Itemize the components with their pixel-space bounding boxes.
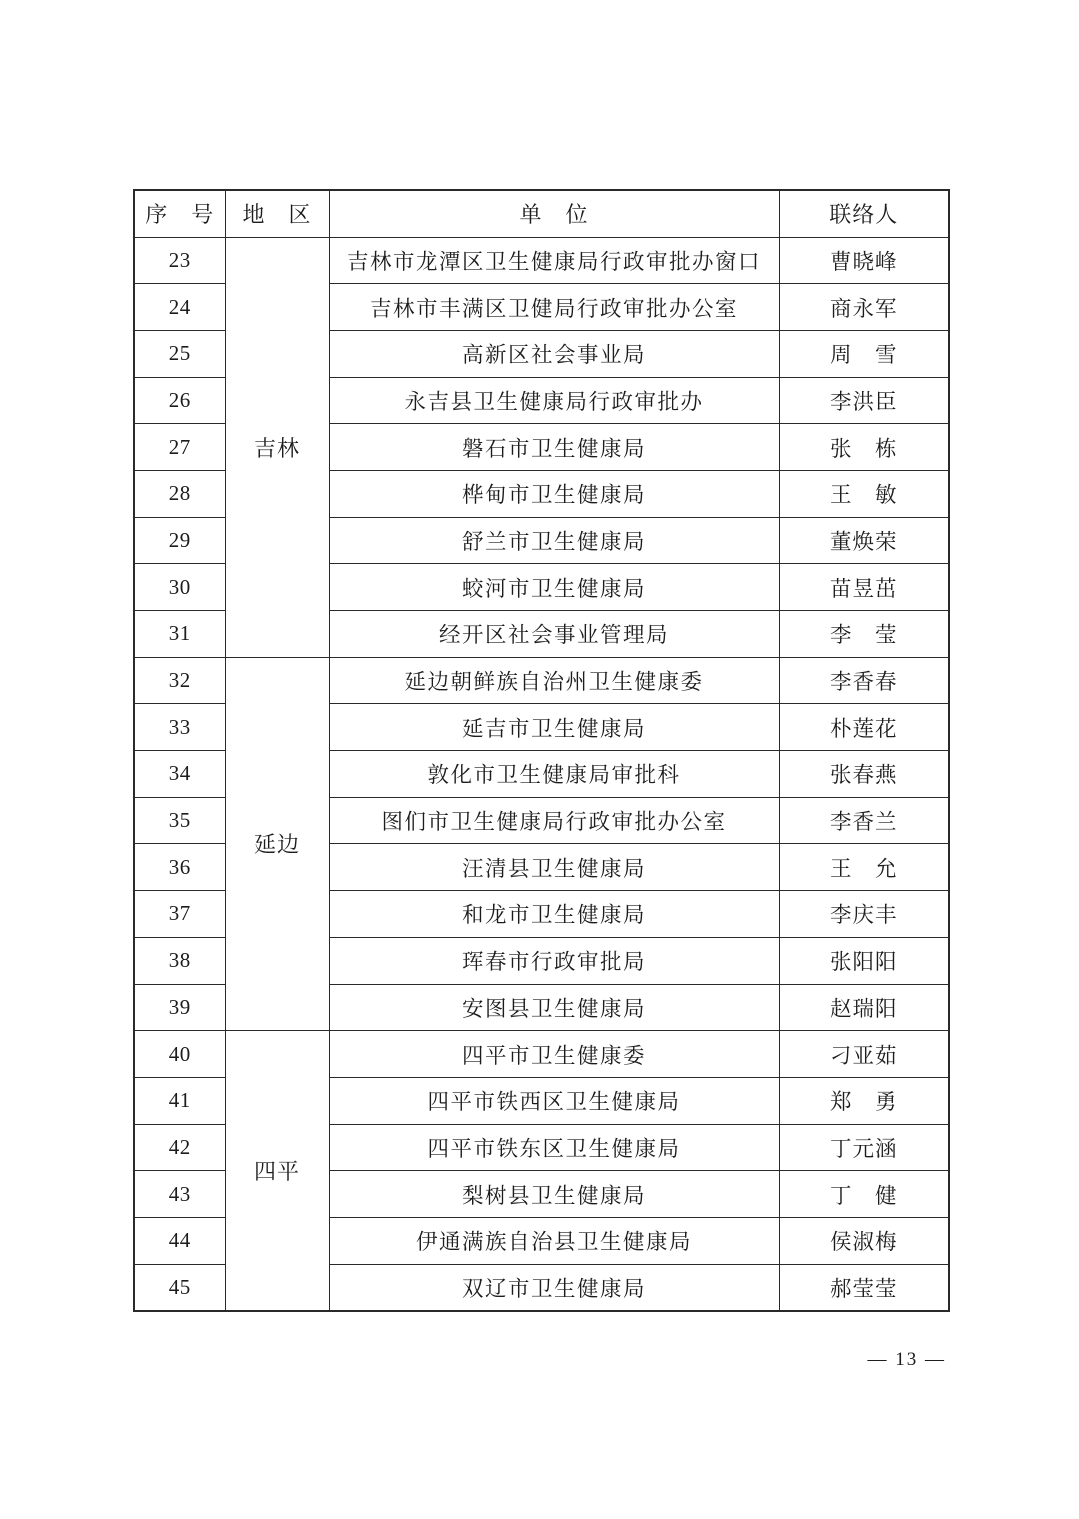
unit-cell: 桦甸市卫生健康局 [329, 470, 779, 517]
unit-cell: 经开区社会事业管理局 [329, 611, 779, 658]
contact-cell: 张春燕 [779, 751, 949, 798]
serial-cell: 30 [134, 564, 225, 611]
unit-cell: 和龙市卫生健康局 [329, 891, 779, 938]
unit-cell: 四平市卫生健康委 [329, 1031, 779, 1078]
contact-cell: 李洪臣 [779, 377, 949, 424]
unit-cell: 磐石市卫生健康局 [329, 424, 779, 471]
contact-cell: 丁 健 [779, 1171, 949, 1218]
unit-cell: 珲春市行政审批局 [329, 937, 779, 984]
serial-cell: 28 [134, 470, 225, 517]
unit-cell: 吉林市龙潭区卫生健康局行政审批办窗口 [329, 237, 779, 284]
contact-cell: 李 莹 [779, 611, 949, 658]
serial-cell: 34 [134, 751, 225, 798]
unit-cell: 延吉市卫生健康局 [329, 704, 779, 751]
serial-cell: 36 [134, 844, 225, 891]
unit-cell: 双辽市卫生健康局 [329, 1264, 779, 1311]
serial-cell: 41 [134, 1077, 225, 1124]
contact-cell: 丁元涵 [779, 1124, 949, 1171]
col-header-unit: 单 位 [329, 190, 779, 237]
contact-cell: 侯淑梅 [779, 1217, 949, 1264]
header-row: 序 号 地 区 单 位 联络人 [134, 190, 949, 237]
contact-cell: 李香兰 [779, 797, 949, 844]
contact-cell: 郑 勇 [779, 1077, 949, 1124]
serial-cell: 39 [134, 984, 225, 1031]
serial-cell: 43 [134, 1171, 225, 1218]
contact-cell: 曹晓峰 [779, 237, 949, 284]
region-cell-yanbian: 延边 [225, 657, 329, 1031]
document-page: 序 号 地 区 单 位 联络人 23 吉林 吉林市龙潭区卫生健康局行政审批办窗口… [0, 0, 1079, 1519]
col-header-contact: 联络人 [779, 190, 949, 237]
contact-cell: 张阳阳 [779, 937, 949, 984]
serial-cell: 23 [134, 237, 225, 284]
table-row: 40 四平 四平市卫生健康委 刁亚茹 [134, 1031, 949, 1078]
contact-cell: 刁亚茹 [779, 1031, 949, 1078]
unit-cell: 图们市卫生健康局行政审批办公室 [329, 797, 779, 844]
table-row: 32 延边 延边朝鲜族自治州卫生健康委 李香春 [134, 657, 949, 704]
contact-cell: 董焕荣 [779, 517, 949, 564]
serial-cell: 33 [134, 704, 225, 751]
unit-cell: 四平市铁西区卫生健康局 [329, 1077, 779, 1124]
region-cell-jilin: 吉林 [225, 237, 329, 657]
serial-cell: 42 [134, 1124, 225, 1171]
unit-cell: 舒兰市卫生健康局 [329, 517, 779, 564]
unit-cell: 梨树县卫生健康局 [329, 1171, 779, 1218]
unit-cell: 伊通满族自治县卫生健康局 [329, 1217, 779, 1264]
unit-cell: 汪清县卫生健康局 [329, 844, 779, 891]
contact-cell: 郝莹莹 [779, 1264, 949, 1311]
contact-cell: 周 雪 [779, 330, 949, 377]
unit-cell: 高新区社会事业局 [329, 330, 779, 377]
contact-cell: 李庆丰 [779, 891, 949, 938]
serial-cell: 35 [134, 797, 225, 844]
col-header-serial: 序 号 [134, 190, 225, 237]
region-cell-siping: 四平 [225, 1031, 329, 1311]
unit-cell: 安图县卫生健康局 [329, 984, 779, 1031]
contact-cell: 商永军 [779, 284, 949, 331]
page-number: — 13 — [868, 1349, 947, 1371]
serial-cell: 40 [134, 1031, 225, 1078]
contact-cell: 李香春 [779, 657, 949, 704]
serial-cell: 31 [134, 611, 225, 658]
col-header-region: 地 区 [225, 190, 329, 237]
unit-cell: 敦化市卫生健康局审批科 [329, 751, 779, 798]
table-row: 23 吉林 吉林市龙潭区卫生健康局行政审批办窗口 曹晓峰 [134, 237, 949, 284]
unit-cell: 吉林市丰满区卫健局行政审批办公室 [329, 284, 779, 331]
contact-table: 序 号 地 区 单 位 联络人 23 吉林 吉林市龙潭区卫生健康局行政审批办窗口… [133, 189, 950, 1312]
unit-cell: 永吉县卫生健康局行政审批办 [329, 377, 779, 424]
unit-cell: 蛟河市卫生健康局 [329, 564, 779, 611]
serial-cell: 37 [134, 891, 225, 938]
serial-cell: 32 [134, 657, 225, 704]
serial-cell: 29 [134, 517, 225, 564]
contact-cell: 张 栋 [779, 424, 949, 471]
serial-cell: 27 [134, 424, 225, 471]
contact-cell: 王 敏 [779, 470, 949, 517]
serial-cell: 38 [134, 937, 225, 984]
serial-cell: 45 [134, 1264, 225, 1311]
serial-cell: 25 [134, 330, 225, 377]
unit-cell: 四平市铁东区卫生健康局 [329, 1124, 779, 1171]
unit-cell: 延边朝鲜族自治州卫生健康委 [329, 657, 779, 704]
contact-cell: 朴莲花 [779, 704, 949, 751]
contact-cell: 王 允 [779, 844, 949, 891]
serial-cell: 26 [134, 377, 225, 424]
serial-cell: 44 [134, 1217, 225, 1264]
contact-cell: 赵瑞阳 [779, 984, 949, 1031]
serial-cell: 24 [134, 284, 225, 331]
contact-cell: 苗昱茁 [779, 564, 949, 611]
